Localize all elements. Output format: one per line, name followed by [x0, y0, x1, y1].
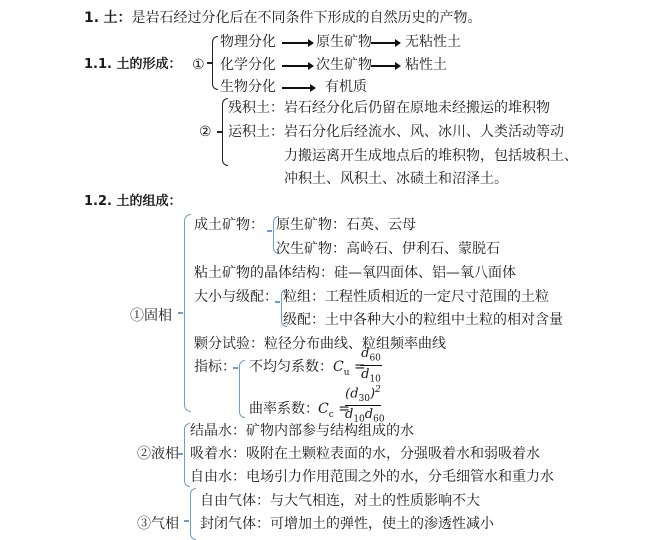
free-water: 自由水：电场引力作用范围之外的水，分毛细管水和重力水 — [190, 468, 554, 486]
brace-notch — [178, 312, 183, 314]
grain-group: 粒组：工程性质相近的一定尺寸范围的土粒 — [283, 288, 549, 306]
arrow-icon — [371, 65, 399, 67]
brace-notch — [184, 520, 189, 522]
process-physical: 物理分化 — [220, 33, 276, 51]
brace-notch — [267, 230, 272, 232]
transported-soil-text-cont1: 力搬运离开生成地点后的堆积物，包括坡积土、 — [284, 147, 578, 165]
arrow-icon — [282, 65, 312, 67]
size-gradation-label: 大小与级配： — [194, 288, 278, 306]
residual-soil-term: 残积土： — [228, 99, 284, 117]
brace-notch — [275, 301, 280, 303]
solid-phase-label: ①固相 — [130, 307, 172, 325]
adsorbed-water: 吸着水：吸附在土颗粒表面的水，分强吸着水和弱吸着水 — [190, 445, 540, 463]
mineral-primary: 原生矿物 — [316, 33, 372, 51]
result-cohesionless: 无粘性土 — [405, 33, 461, 51]
brace-notch — [233, 367, 238, 369]
heading-soil-formation: 1.1. 土的形成： — [84, 56, 182, 74]
transported-soil-term: 运积土： — [228, 123, 284, 141]
secondary-minerals: 次生矿物：高岭石、伊利石、蒙脱石 — [276, 240, 500, 258]
heading-soil-composition: 1.2. 土的组成： — [84, 193, 182, 211]
brace-solid-phase — [184, 214, 191, 412]
brace-notch — [207, 62, 212, 64]
arrow-icon — [282, 42, 312, 44]
group1-marker: ① — [192, 56, 205, 74]
group2-marker: ② — [199, 123, 212, 141]
uniformity-coefficient-fraction: d60 d10 — [360, 346, 382, 384]
index-label: 指标： — [194, 358, 236, 376]
free-gas: 自由气体：与大气相连，对土的性质影响不大 — [200, 492, 480, 510]
arrow-icon — [282, 87, 314, 89]
section-number: 1. — [84, 10, 99, 26]
transported-soil-text-cont2: 冲积土、风积土、冰碛土和沼泽土。 — [284, 170, 508, 188]
brace-formation-group1 — [212, 36, 218, 90]
crystal-structure: 粘土矿物的晶体结构：硅—氧四面体、铝—氧八面体 — [194, 264, 516, 282]
result-cohesive: 粘性土 — [405, 56, 447, 74]
curvature-coefficient-label: 曲率系数： — [249, 400, 319, 418]
colon: ： — [118, 10, 132, 26]
soil-definition: 是岩石经过分化后在不同条件下形成的自然历史的产物。 — [132, 10, 482, 26]
residual-soil-text: 岩石经分化后仍留在原地未经搬运的堆积物 — [284, 99, 550, 117]
crystal-water: 结晶水：矿物内部参与结构组成的水 — [190, 422, 414, 440]
primary-minerals: 原生矿物：石英、云母 — [276, 216, 416, 234]
gas-phase-label: ③气相 — [137, 515, 179, 533]
process-chemical: 化学分化 — [220, 56, 276, 74]
process-biological: 生物分化 — [220, 78, 276, 96]
sieve-analysis: 颗分试验：粒径分布曲线、粒组频率曲线 — [194, 335, 446, 353]
brace-indices — [239, 360, 245, 418]
mineral-secondary: 次生矿物 — [316, 56, 372, 74]
gradation: 级配：土中各种大小的粒组中土粒的相对含量 — [283, 311, 563, 329]
arrow-icon — [371, 42, 399, 44]
brace-notch — [178, 453, 183, 455]
uniformity-coefficient-label: 不均匀系数： — [249, 358, 333, 376]
soil-mineral-label: 成土矿物： — [194, 216, 264, 234]
section-1-line: 1. 土：是岩石经过分化后在不同条件下形成的自然历史的产物。 — [84, 9, 482, 27]
transported-soil-text: 岩石分化后经流水、风、冰川、人类活动等动 — [284, 123, 564, 141]
brace-notch — [217, 131, 222, 133]
result-organic: 有机质 — [325, 78, 367, 96]
term-soil: 土 — [104, 10, 118, 26]
curvature-coefficient-fraction: (d30)2 d10d60 — [345, 385, 381, 425]
brace-gas-phase — [190, 488, 196, 540]
liquid-phase-label: ②液相 — [137, 445, 179, 463]
enclosed-gas: 封闭气体：可增加土的弹性，使土的渗透性减小 — [200, 515, 494, 533]
